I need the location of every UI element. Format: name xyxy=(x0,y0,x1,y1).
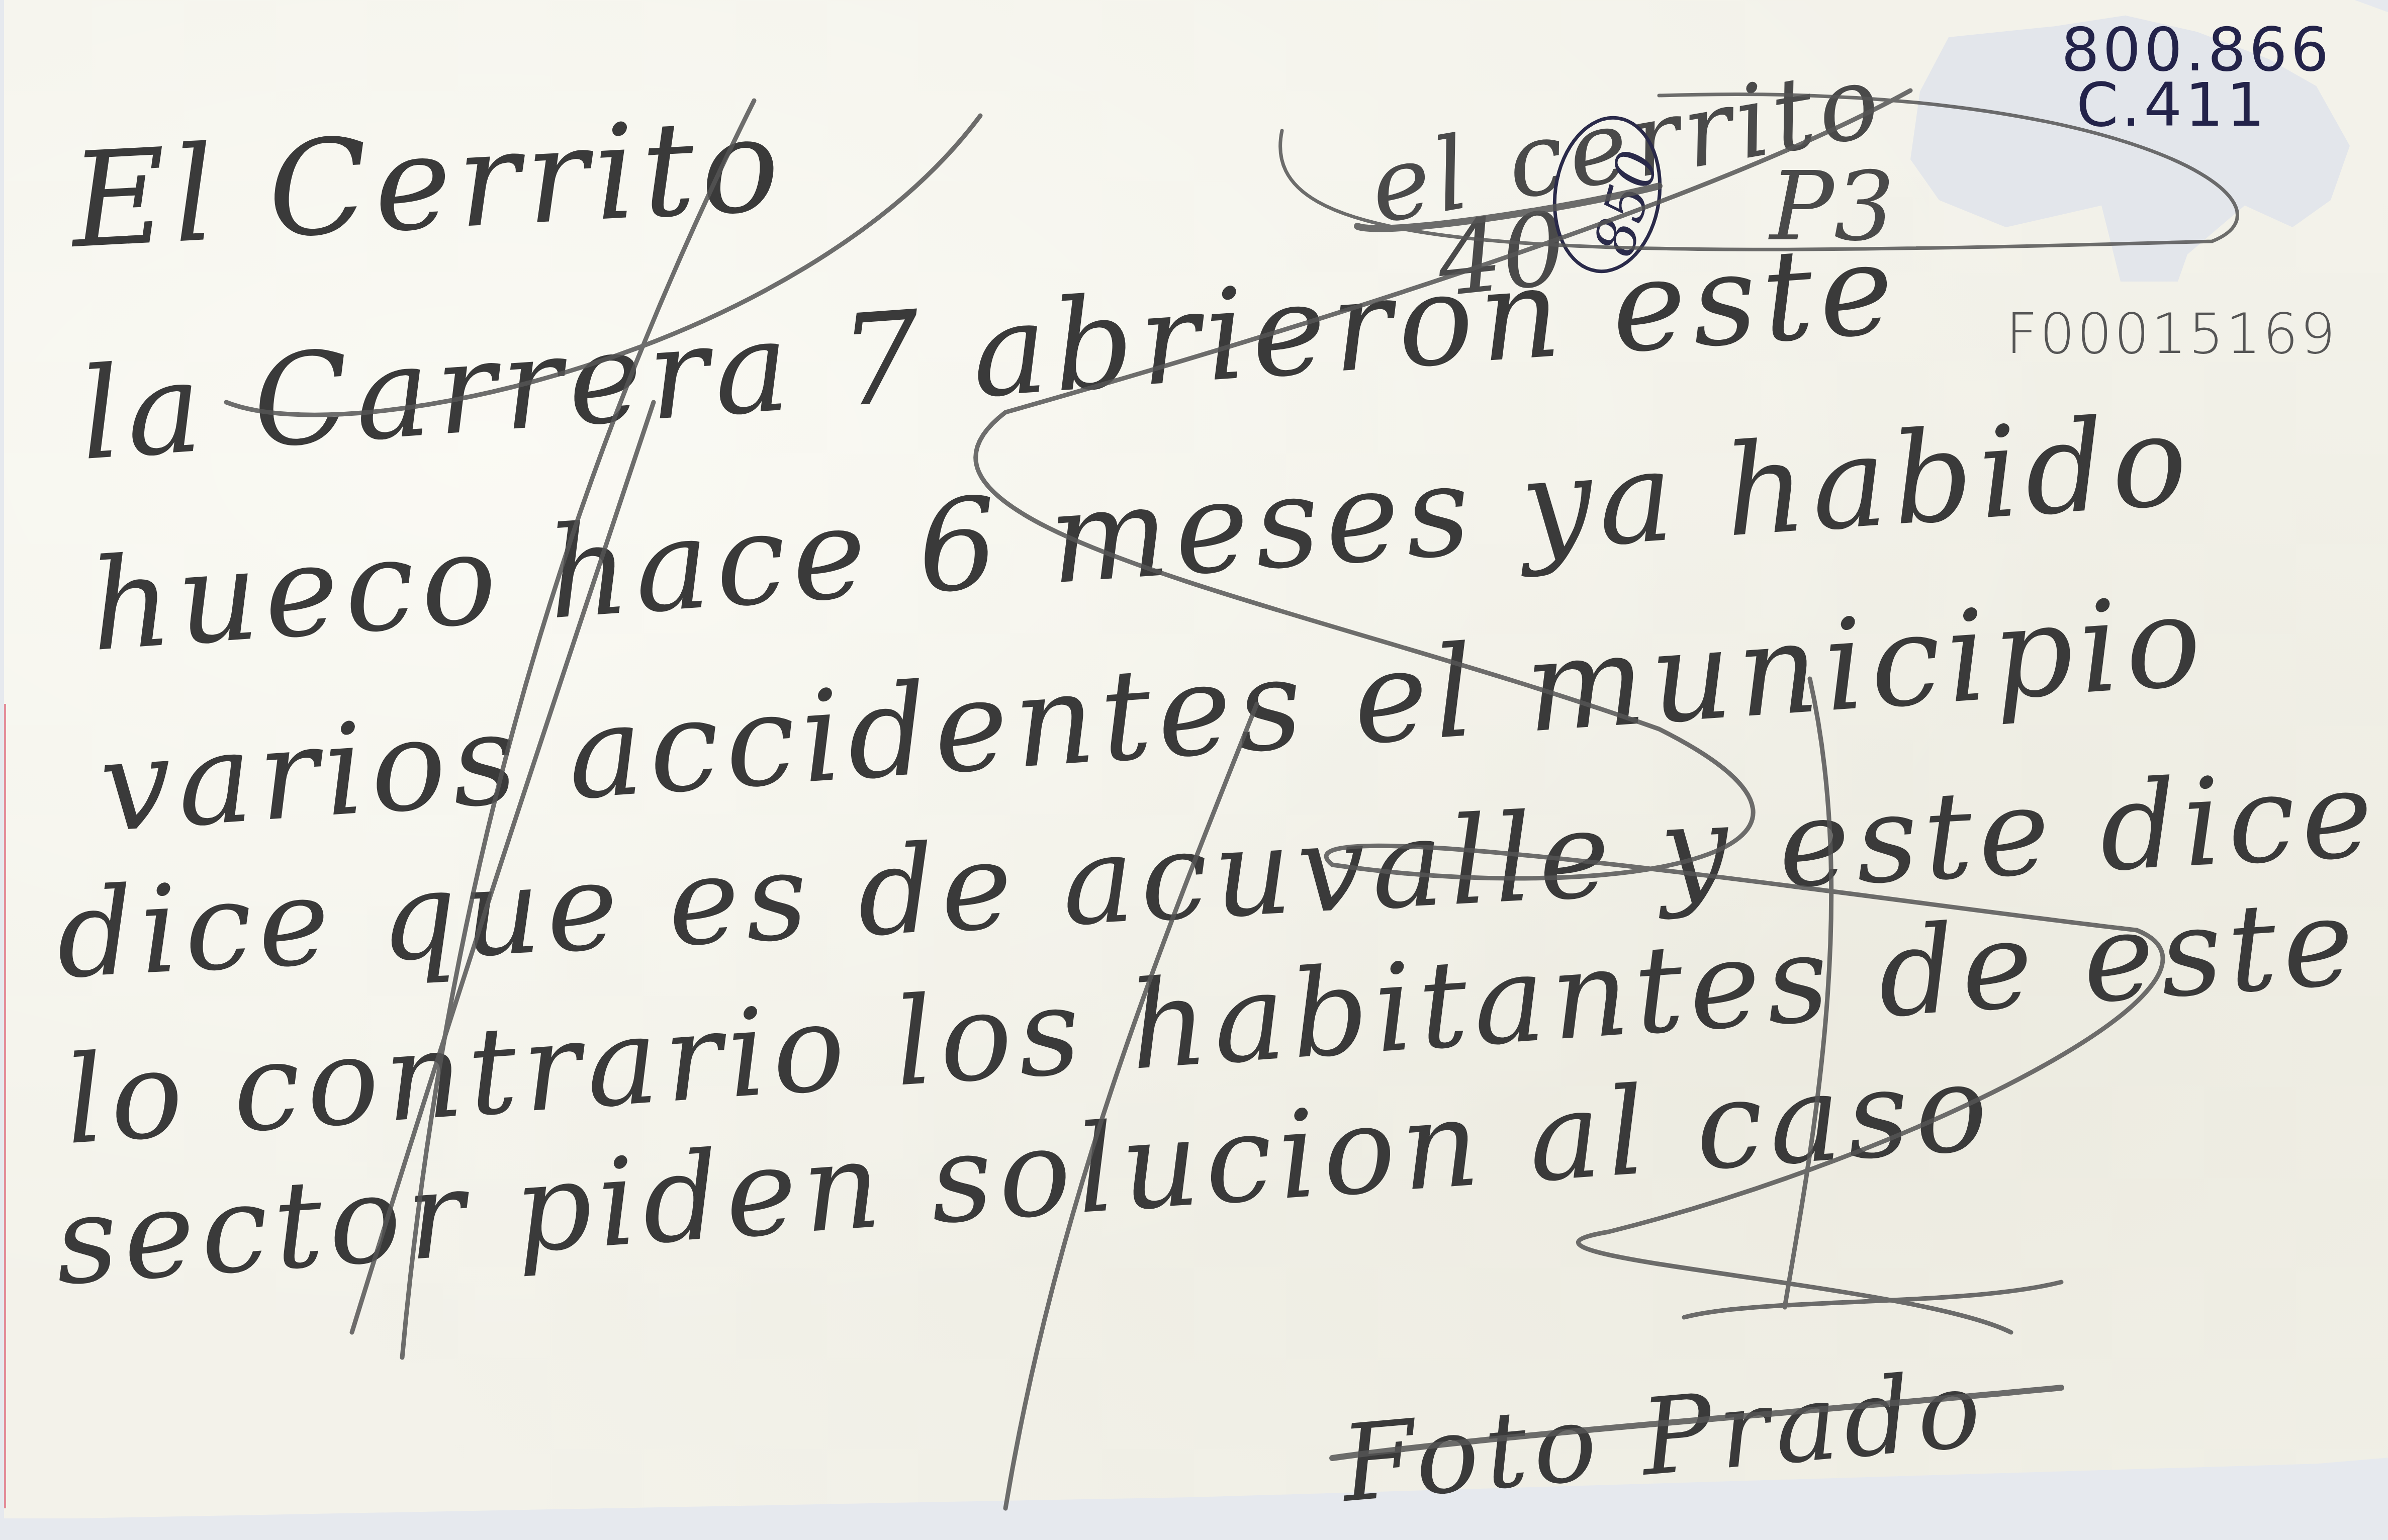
pencil-cancellation-strokes xyxy=(0,0,2388,1540)
